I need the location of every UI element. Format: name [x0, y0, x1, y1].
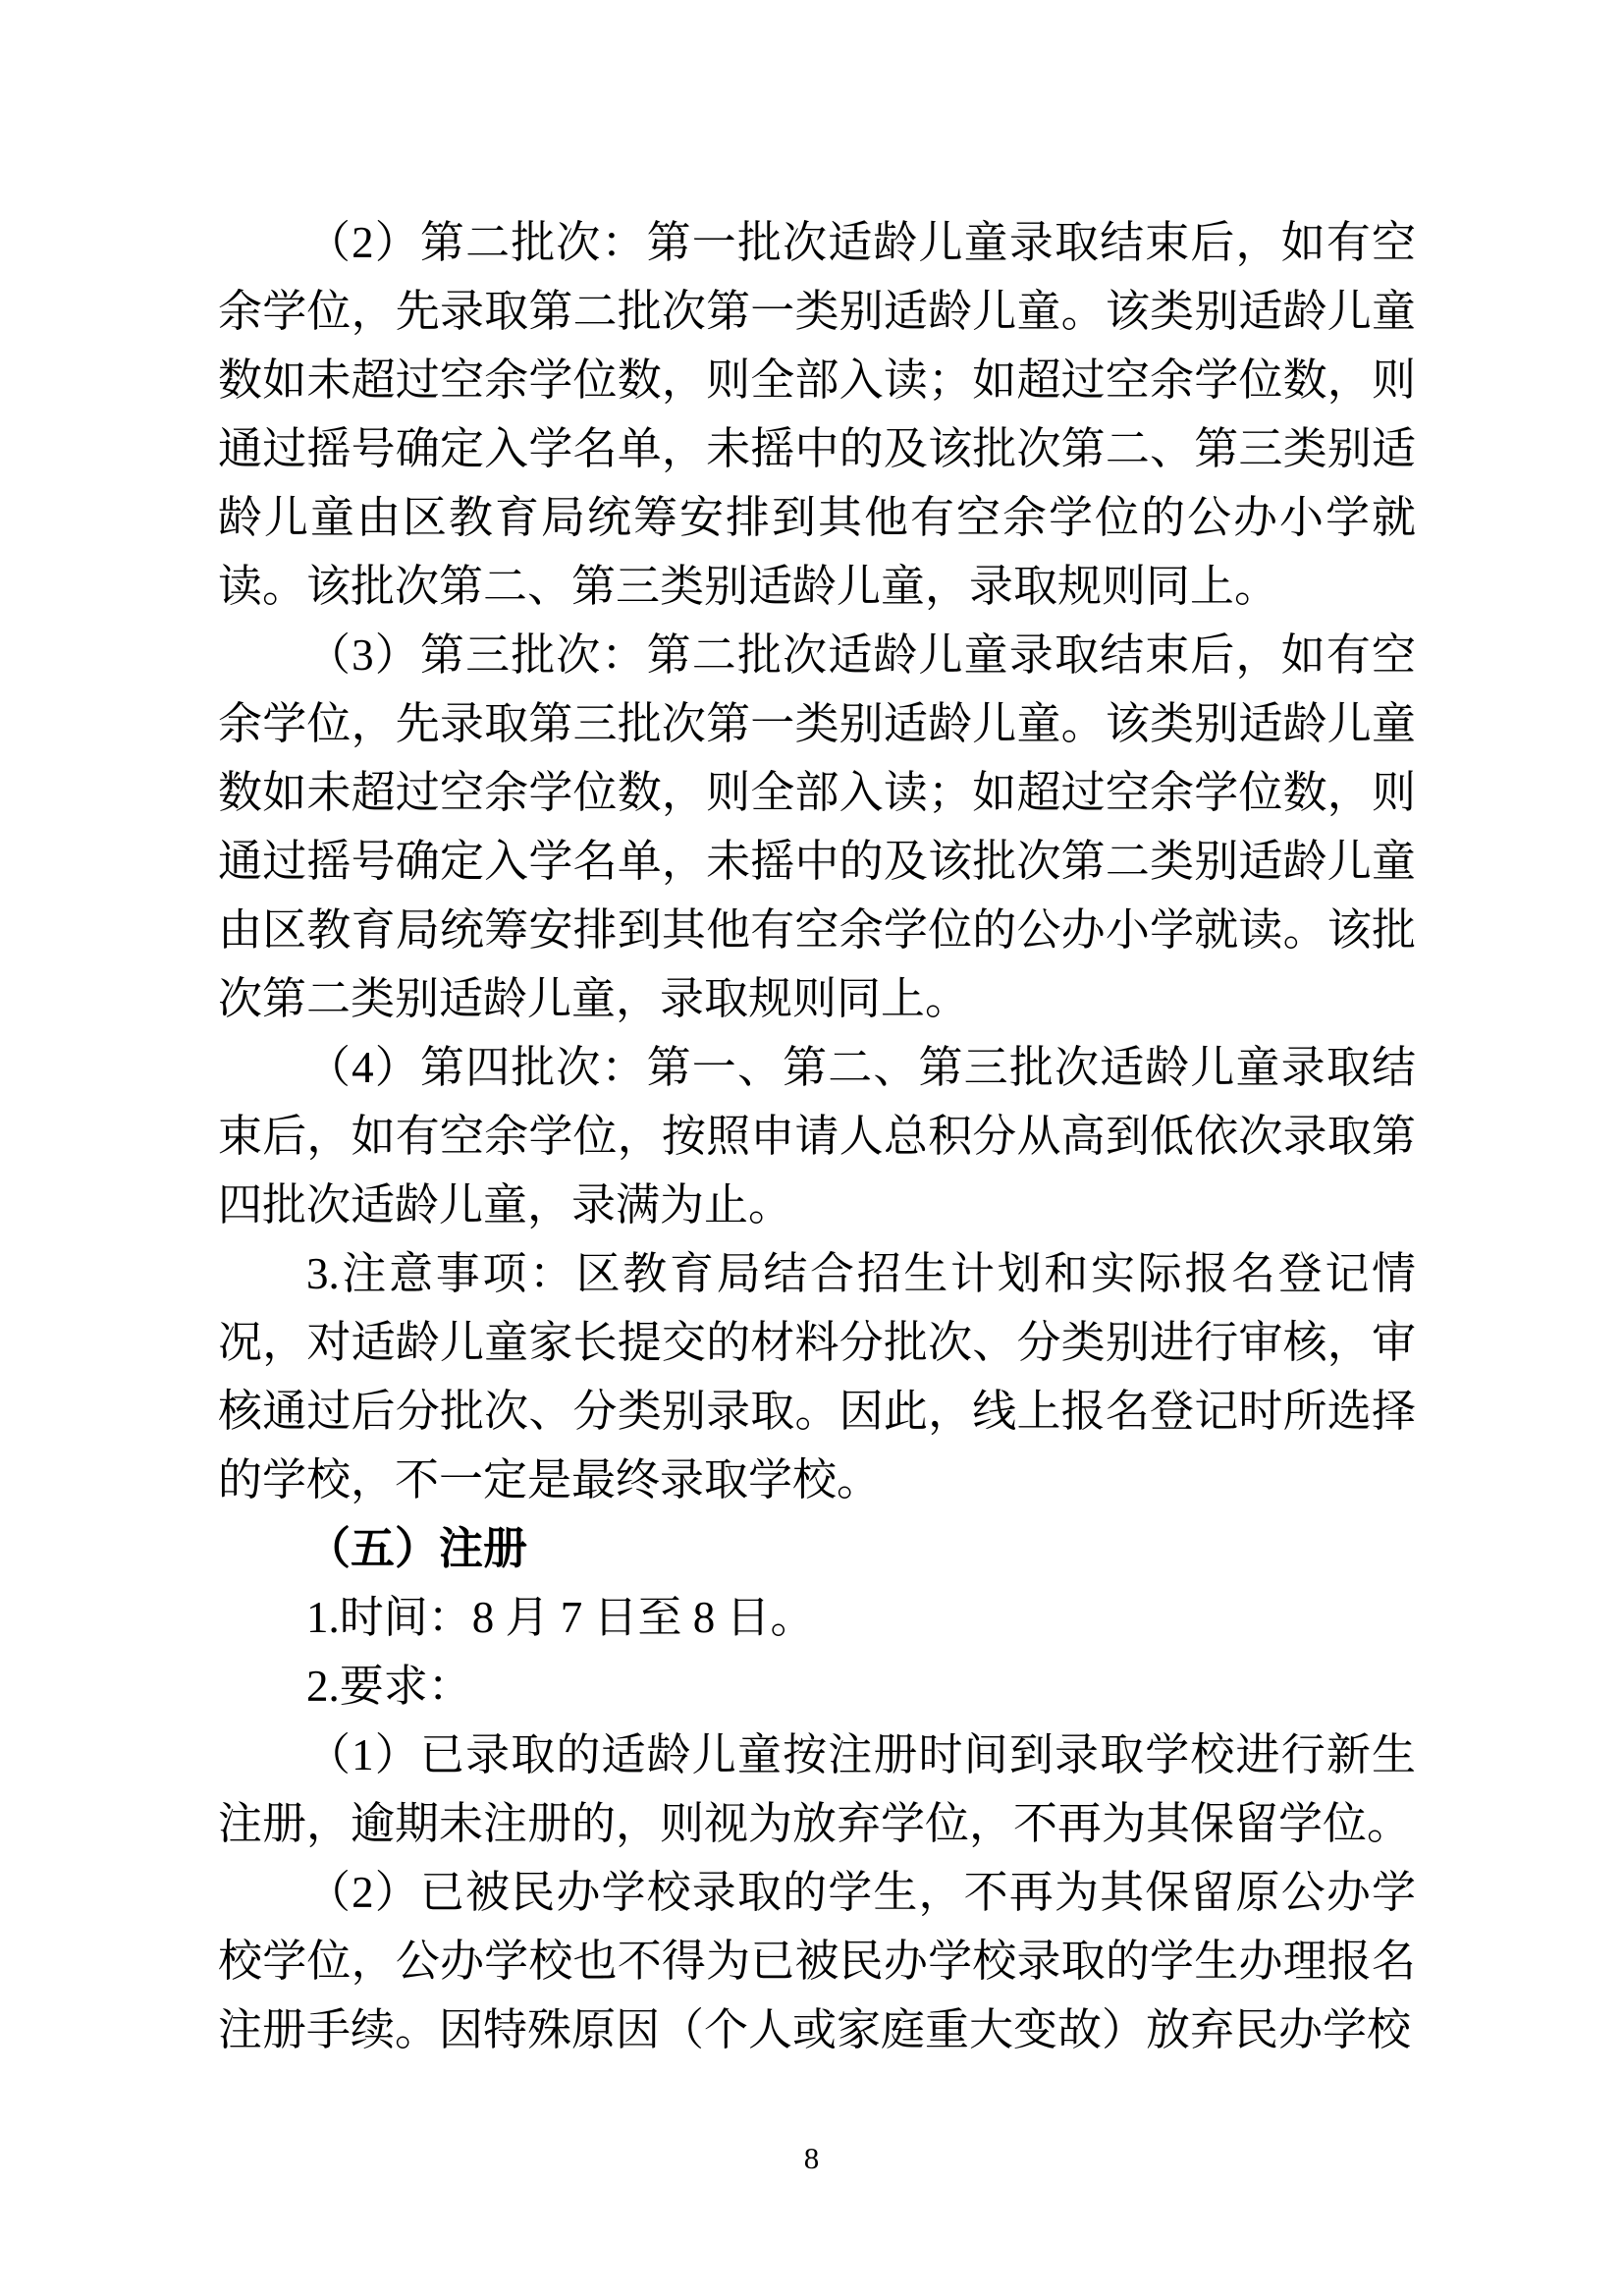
- paragraph-requirement-1: （1）已录取的适龄儿童按注册时间到录取学校进行新生注册，逾期未注册的，则视为放弃…: [218, 1721, 1416, 1858]
- paragraph-registration-requirements: 2.要求：: [218, 1652, 1416, 1721]
- paragraph-batch-2: （2）第二批次：第一批次适龄儿童录取结束后，如有空余学位，先录取第二批次第一类别…: [218, 208, 1416, 621]
- paragraph-requirement-2: （2）已被民办学校录取的学生，不再为其保留原公办学校学位，公办学校也不得为已被民…: [218, 1858, 1416, 2064]
- page-footer: 8: [0, 2139, 1623, 2178]
- paragraph-notes: 3.注意事项：区教育局结合招生计划和实际报名登记情况，对适龄儿童家长提交的材料分…: [218, 1239, 1416, 1514]
- paragraph-batch-4: （4）第四批次：第一、第二、第三批次适龄儿童录取结束后，如有空余学位，按照申请人…: [218, 1033, 1416, 1239]
- heading-section-5-registration: （五）注册: [218, 1514, 1416, 1583]
- text-block: （2）第二批次：第一批次适龄儿童录取结束后，如有空余学位，先录取第二批次第一类别…: [218, 208, 1416, 2064]
- document-page: （2）第二批次：第一批次适龄儿童录取结束后，如有空余学位，先录取第二批次第一类别…: [0, 0, 1623, 2296]
- paragraph-registration-time: 1.时间：8 月 7 日至 8 日。: [218, 1583, 1416, 1652]
- paragraph-batch-3: （3）第三批次：第二批次适龄儿童录取结束后，如有空余学位，先录取第三批次第一类别…: [218, 621, 1416, 1033]
- page-number: 8: [804, 2141, 820, 2175]
